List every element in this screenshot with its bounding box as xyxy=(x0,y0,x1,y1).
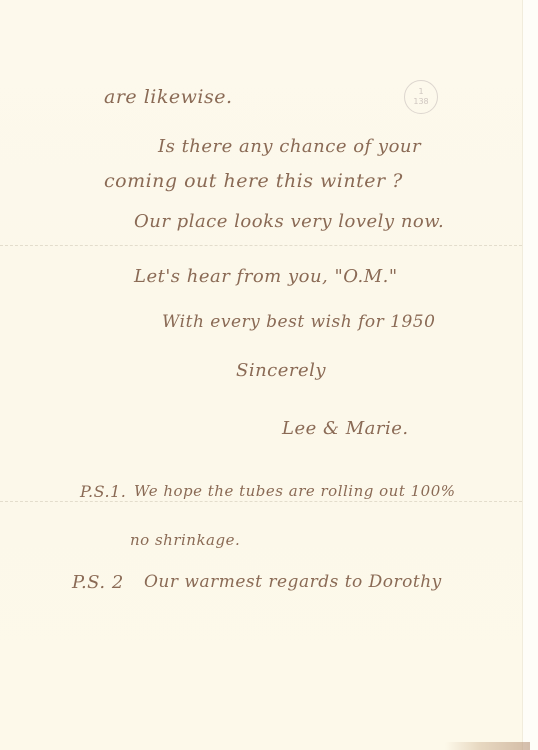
stamp-number-bottom: 138 xyxy=(405,97,437,107)
fold-line xyxy=(0,501,522,503)
postscript-line: We hope the tubes are rolling out 100% xyxy=(134,482,456,500)
letter-line: Our place looks very lovely now. xyxy=(134,211,444,232)
letter-signature: Lee & Marie. xyxy=(282,418,409,439)
letter-closing: Sincerely xyxy=(236,360,326,381)
postscript-label: P.S.1. xyxy=(80,482,126,501)
postscript-label: P.S. 2 xyxy=(72,572,124,593)
fold-line xyxy=(0,245,522,247)
paper-tear xyxy=(445,742,530,750)
letter-line: With every best wish for 1950 xyxy=(162,312,435,332)
letter-line: Is there any chance of your xyxy=(158,136,421,157)
letter-line: coming out here this winter ? xyxy=(104,170,403,192)
postscript-line: no shrinkage. xyxy=(130,531,240,549)
letter-line: are likewise. xyxy=(104,86,232,108)
stamp-number-top: 1 xyxy=(405,87,437,97)
paper-edge xyxy=(522,0,538,750)
archive-stamp: 1 138 xyxy=(404,80,438,114)
letter-line: Let's hear from you, "O.M." xyxy=(134,266,398,287)
postscript-line: Our warmest regards to Dorothy xyxy=(144,572,442,592)
